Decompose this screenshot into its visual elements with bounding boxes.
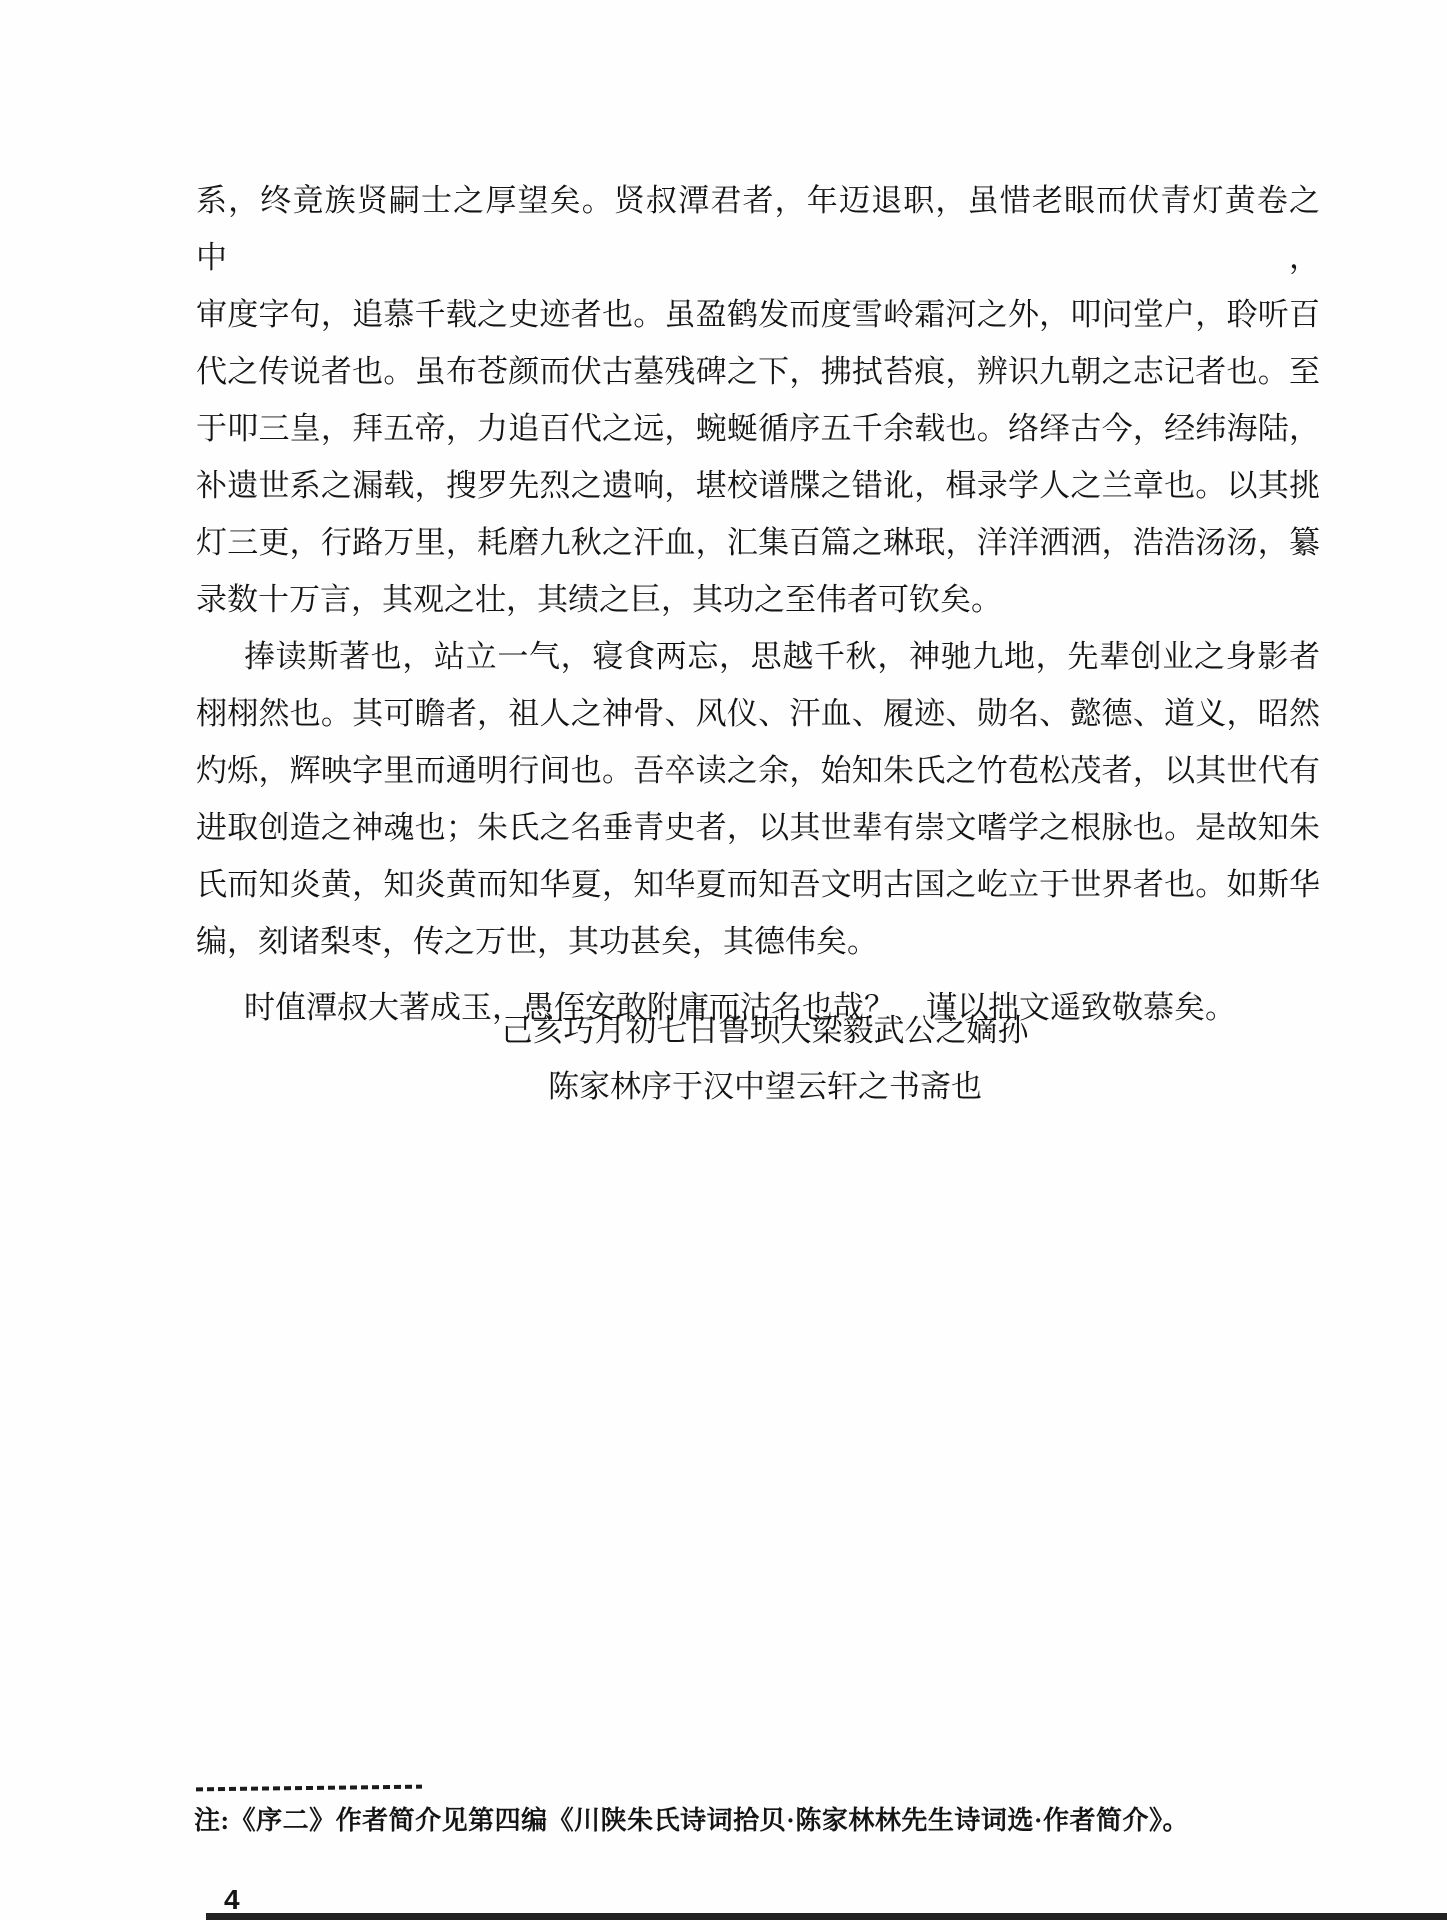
body-text: 系，终竟族贤嗣士之厚望矣。贤叔潭君者，年迈退职，虽惜老眼而伏青灯黄卷之中， 审度… — [196, 172, 1320, 1036]
body-line: 于叩三皇，拜五帝，力追百代之远，蜿蜒循序五千余载也。络绎古今，经纬海陆， — [196, 400, 1320, 457]
body-line: 灯三更，行路万里，耗磨九秋之汗血，汇集百篇之琳珉，洋洋洒洒，浩浩汤汤，纂 — [196, 514, 1320, 571]
signature-line-author-title: 己亥巧月初七日鲁坝大梁毅武公之嫡孙 — [210, 1003, 1320, 1059]
signature-line-author-place: 陈家林序于汉中望云轩之书斋也 — [210, 1059, 1320, 1115]
document-page: 系，终竟族贤嗣士之厚望矣。贤叔潭君者，年迈退职，虽惜老眼而伏青灯黄卷之中， 审度… — [0, 0, 1447, 1920]
body-line: 审度字句，追慕千载之史迹者也。虽盈鹤发而度雪岭霜河之外，叩问堂户，聆听百 — [196, 286, 1320, 343]
footnote-text: 注:《序二》作者简介见第四编《川陕朱氏诗词拾贝·陈家林林先生诗词选·作者简介》。 — [194, 1803, 1344, 1839]
body-line: 编，刻诸梨枣，传之万世，其功甚矣，其德伟矣。 — [196, 913, 1320, 970]
signature-block: 己亥巧月初七日鲁坝大梁毅武公之嫡孙 陈家林序于汉中望云轩之书斋也 — [196, 1003, 1320, 1115]
page-number: 4 — [224, 1884, 240, 1916]
body-line: 代之传说者也。虽布苍颜而伏古墓残碑之下，拂拭苔痕，辨识九朝之志记者也。至 — [196, 343, 1320, 400]
body-line: 氏而知炎黄，知炎黄而知华夏，知华夏而知吾文明古国之屹立于世界者也。如斯华 — [196, 856, 1320, 913]
body-line: 灼烁，辉映字里而通明行间也。吾卒读之余，始知朱氏之竹苞松茂者，以其世代有 — [196, 742, 1320, 799]
body-line: 捧读斯著也，站立一气，寝食两忘，思越千秋，神驰九地，先辈创业之身影者 — [196, 628, 1320, 685]
body-line: 栩栩然也。其可瞻者，祖人之神骨、风仪、汗血、履迹、勋名、懿德、道义，昭然 — [196, 685, 1320, 742]
footnote-divider — [196, 1785, 422, 1792]
body-line: 进取创造之神魂也；朱氏之名垂青史者，以其世辈有崇文嗜学之根脉也。是故知朱 — [196, 799, 1320, 856]
scan-edge-artifact — [206, 1913, 1447, 1920]
body-line: 录数十万言，其观之壮，其绩之巨，其功之至伟者可钦矣。 — [196, 571, 1320, 628]
body-line: 系，终竟族贤嗣士之厚望矣。贤叔潭君者，年迈退职，虽惜老眼而伏青灯黄卷之中， — [196, 172, 1320, 286]
body-line: 补遗世系之漏载，搜罗先烈之遗响，堪校谱牒之错讹，楫录学人之兰章也。以其挑 — [196, 457, 1320, 514]
